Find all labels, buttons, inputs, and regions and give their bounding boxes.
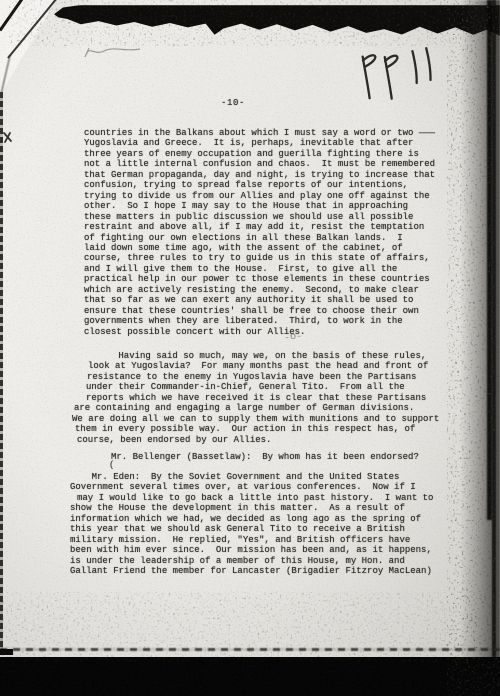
- text-line: been with him ever since. Our mission ha…: [70, 545, 433, 555]
- left-edge-line: [0, 92, 3, 654]
- text-line: resistance to the enemy in Yugoslavia ha…: [87, 372, 439, 382]
- text-line: show the House the development in this m…: [70, 503, 433, 513]
- text-line: that German propaganda, day and night, i…: [84, 170, 435, 180]
- text-line: this year that we should ask General Tit…: [70, 524, 433, 534]
- text-line: that so far as we can exert any authorit…: [84, 295, 435, 305]
- text-line: information which we had, we decided as …: [70, 514, 433, 524]
- text-line: course, three rules to try to guide us i…: [84, 253, 435, 263]
- paragraph-speaker-eden: Mr. Eden: By the Soviet Government and t…: [70, 472, 433, 577]
- text-line: them in every possible way. Our action i…: [75, 424, 439, 434]
- text-line: We are doing all we can to supply them w…: [72, 414, 439, 424]
- text-line: closest possible concert with our Allies…: [84, 327, 435, 337]
- text-line: governments when they are liberated. Thi…: [84, 316, 435, 326]
- text-line: look at Yugoslavia? For many months past…: [88, 361, 439, 371]
- text-line: may I would like to go back a little int…: [77, 493, 433, 503]
- paragraph: Having said so much, may we, on the basi…: [86, 351, 439, 445]
- text-line: other. So I hope I may say to the House …: [84, 201, 435, 211]
- text-line: is under the leadership of a member of t…: [70, 556, 433, 566]
- text-line: under their Commander-in-Chief, General …: [86, 382, 439, 392]
- margin-x-mark: [2, 131, 14, 144]
- text-line: laid down some time ago, with the assent…: [84, 243, 435, 253]
- text-line: three years of enemy occupation and guer…: [84, 149, 435, 159]
- text-line: confusion, trying to spread false report…: [84, 180, 435, 190]
- text-line: not a little internal confusion and chao…: [84, 159, 435, 169]
- text-line: Government several times over, at variou…: [70, 482, 433, 492]
- text-line: practical help in our power tc those ele…: [84, 274, 435, 284]
- text-line: are containing and engaging a large numb…: [74, 403, 439, 413]
- text-line: Gallant Friend the member for Lancaster …: [70, 566, 433, 576]
- paragraph: countries in the Balkans about which I m…: [84, 128, 435, 337]
- text-line: restraint and above all, if I may add it…: [84, 222, 435, 232]
- scanned-document-page: -10- countries in the Balkans about whic…: [0, 0, 500, 696]
- text-line: these matters in public discussion we sh…: [84, 212, 435, 222]
- text-line: trying to divide us from our Allies and …: [84, 191, 435, 201]
- text-line: which are actively resisting the enemy. …: [84, 285, 435, 295]
- text-line: Yugoslavia and Greece. It is, perhaps, i…: [84, 138, 435, 148]
- bottom-edge-mark: [0, 649, 13, 655]
- right-edge-line: [492, 0, 496, 660]
- bottom-edge-speckle-line: [0, 648, 500, 651]
- text-line: Mr. Bellenger (Bassetlaw): By whom has i…: [84, 452, 419, 462]
- stray-character: (: [109, 460, 114, 470]
- paragraph-speaker-bellenger: Mr. Bellenger (Bassetlaw): By whom has i…: [84, 452, 419, 462]
- text-line: Having said so much, may we, on the basi…: [86, 351, 439, 361]
- text-line: countries in the Balkans about which I m…: [84, 128, 435, 138]
- text-line: military mission. He replied, "Yes", and…: [70, 535, 433, 545]
- text-line: Mr. Eden: By the Soviet Government and t…: [70, 472, 433, 482]
- bottom-scan-band: [0, 657, 500, 696]
- text-line: course, been endorsed by our Allies.: [77, 435, 439, 445]
- text-line: of fighting our own elections in all the…: [84, 233, 435, 243]
- text-line: ensure that these countries' shall be fr…: [84, 306, 435, 316]
- text-line: and I will give them to the House. First…: [84, 264, 435, 274]
- pencil-squiggle: [84, 40, 144, 60]
- handwritten-note: [354, 41, 448, 107]
- text-line: reports which we have received it is cle…: [86, 393, 439, 403]
- ink-smudge: -O-: [284, 332, 303, 343]
